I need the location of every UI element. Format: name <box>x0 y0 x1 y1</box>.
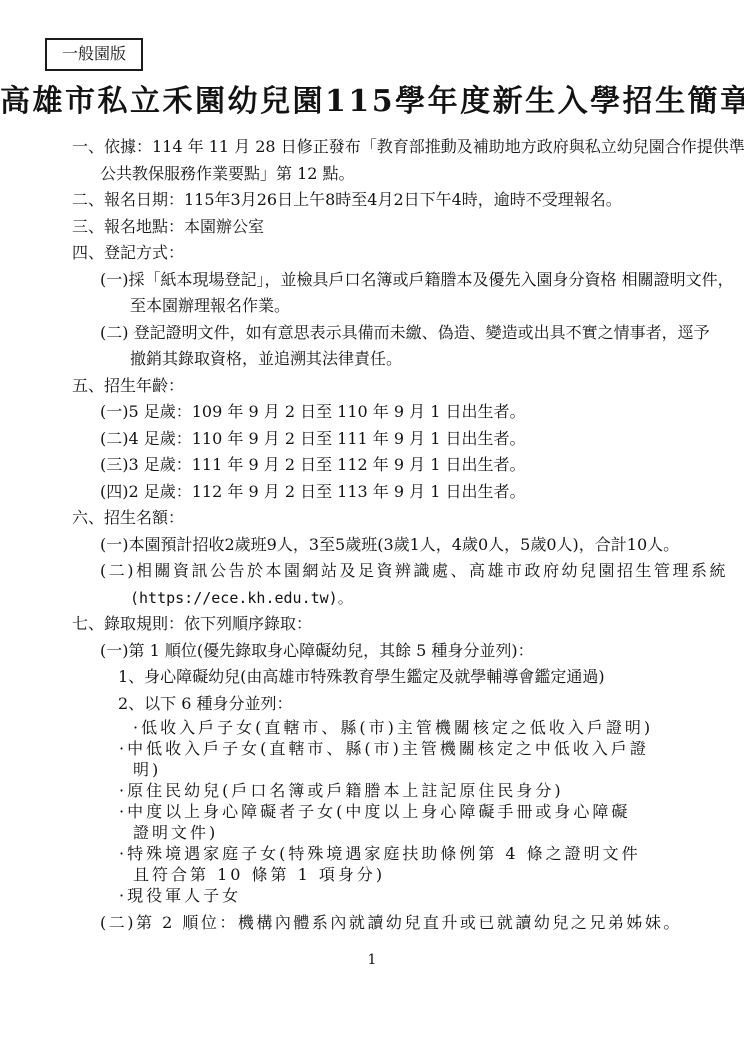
text-line: (https://ece.kh.edu.tw)。 <box>0 585 744 612</box>
text-line: 六、招生名額： <box>0 505 744 532</box>
text-line: 2、以下 6 種身分並列： <box>0 691 744 718</box>
text-line: ·中度以上身心障礙者子女(中度以上身心障礙手冊或身心障礙 <box>0 801 744 822</box>
text-line: ·中低收入戶子女(直轄市、縣(市)主管機關核定之中低收入戶證 <box>0 738 744 759</box>
version-tag-label: 一般園版 <box>62 44 126 63</box>
text-line: 且符合第 10 條第 1 項身分) <box>0 864 744 885</box>
text-line: (一)本園預計招收2歲班9人，3至5歲班(3歲1人，4歲0人，5歲0人)，合計1… <box>0 532 744 559</box>
text-line: ·低收入戶子女(直轄市、縣(市)主管機關核定之低收入戶證明) <box>0 717 744 738</box>
text-line: 七、錄取規則：依下列順序錄取： <box>0 611 744 638</box>
text-line: 二、報名日期：115年3月26日上午8時至4月2日下午4時，逾時不受理報名。 <box>0 187 744 214</box>
text-line: (二)第 2 順位：機構內體系內就讀幼兒直升或已就讀幼兒之兄弟姊妹。 <box>0 910 744 937</box>
document-title: 高雄市私立禾園幼兒園115學年度新生入學招生簡章 <box>0 82 744 122</box>
document-body: 一、依據：114 年 11 月 28 日修正發布「教育部推動及補助地方政府與私立… <box>0 134 744 937</box>
text-line: (一)第 1 順位(優先錄取身心障礙幼兒，其餘 5 種身分並列)： <box>0 638 744 665</box>
text-line: 至本園辦理報名作業。 <box>0 293 744 320</box>
text-line: ·原住民幼兒(戶口名簿或戶籍謄本上註記原住民身分) <box>0 780 744 801</box>
text-line: (一)採「紙本現場登記」，並檢具戶口名簿或戶籍謄本及優先入園身分資格 相關證明文… <box>0 267 744 294</box>
text-line: (一)5 足歲：109 年 9 月 2 日至 110 年 9 月 1 日出生者。 <box>0 399 744 426</box>
document-page: 一般園版 高雄市私立禾園幼兒園115學年度新生入學招生簡章 一、依據：114 年… <box>0 0 744 1052</box>
text-line: (三)3 足歲：111 年 9 月 2 日至 112 年 9 月 1 日出生者。 <box>0 452 744 479</box>
text-line: 撤銷其錄取資格，並追溯其法律責任。 <box>0 346 744 373</box>
text-line: 證明文件) <box>0 822 744 843</box>
text-line: (四)2 足歲：112 年 9 月 2 日至 113 年 9 月 1 日出生者。 <box>0 479 744 506</box>
text-line: 明) <box>0 759 744 780</box>
text-line: 五、招生年齡： <box>0 373 744 400</box>
text-line: ·現役軍人子女 <box>0 885 744 906</box>
page-number: 1 <box>0 950 744 970</box>
text-line: 一、依據：114 年 11 月 28 日修正發布「教育部推動及補助地方政府與私立… <box>0 134 744 161</box>
text-line: 公共教保服務作業要點」第 12 點。 <box>0 161 744 188</box>
text-line: (二)4 足歲：110 年 9 月 2 日至 111 年 9 月 1 日出生者。 <box>0 426 744 453</box>
text-line: (二)相關資訊公告於本園網站及足資辨識處、高雄市政府幼兒園招生管理系統 <box>0 558 744 585</box>
text-line: 1、身心障礙幼兒(由高雄市特殊教育學生鑑定及就學輔導會鑑定通過) <box>0 664 744 691</box>
text-line: (二) 登記證明文件，如有意思表示具備而未繳、偽造、變造或出具不實之情事者，逕予 <box>0 320 744 347</box>
text-line: ·特殊境遇家庭子女(特殊境遇家庭扶助條例第 4 條之證明文件 <box>0 843 744 864</box>
version-tag-box: 一般園版 <box>45 38 143 71</box>
text-line: 三、報名地點：本園辦公室 <box>0 214 744 241</box>
text-line: 四、登記方式： <box>0 240 744 267</box>
